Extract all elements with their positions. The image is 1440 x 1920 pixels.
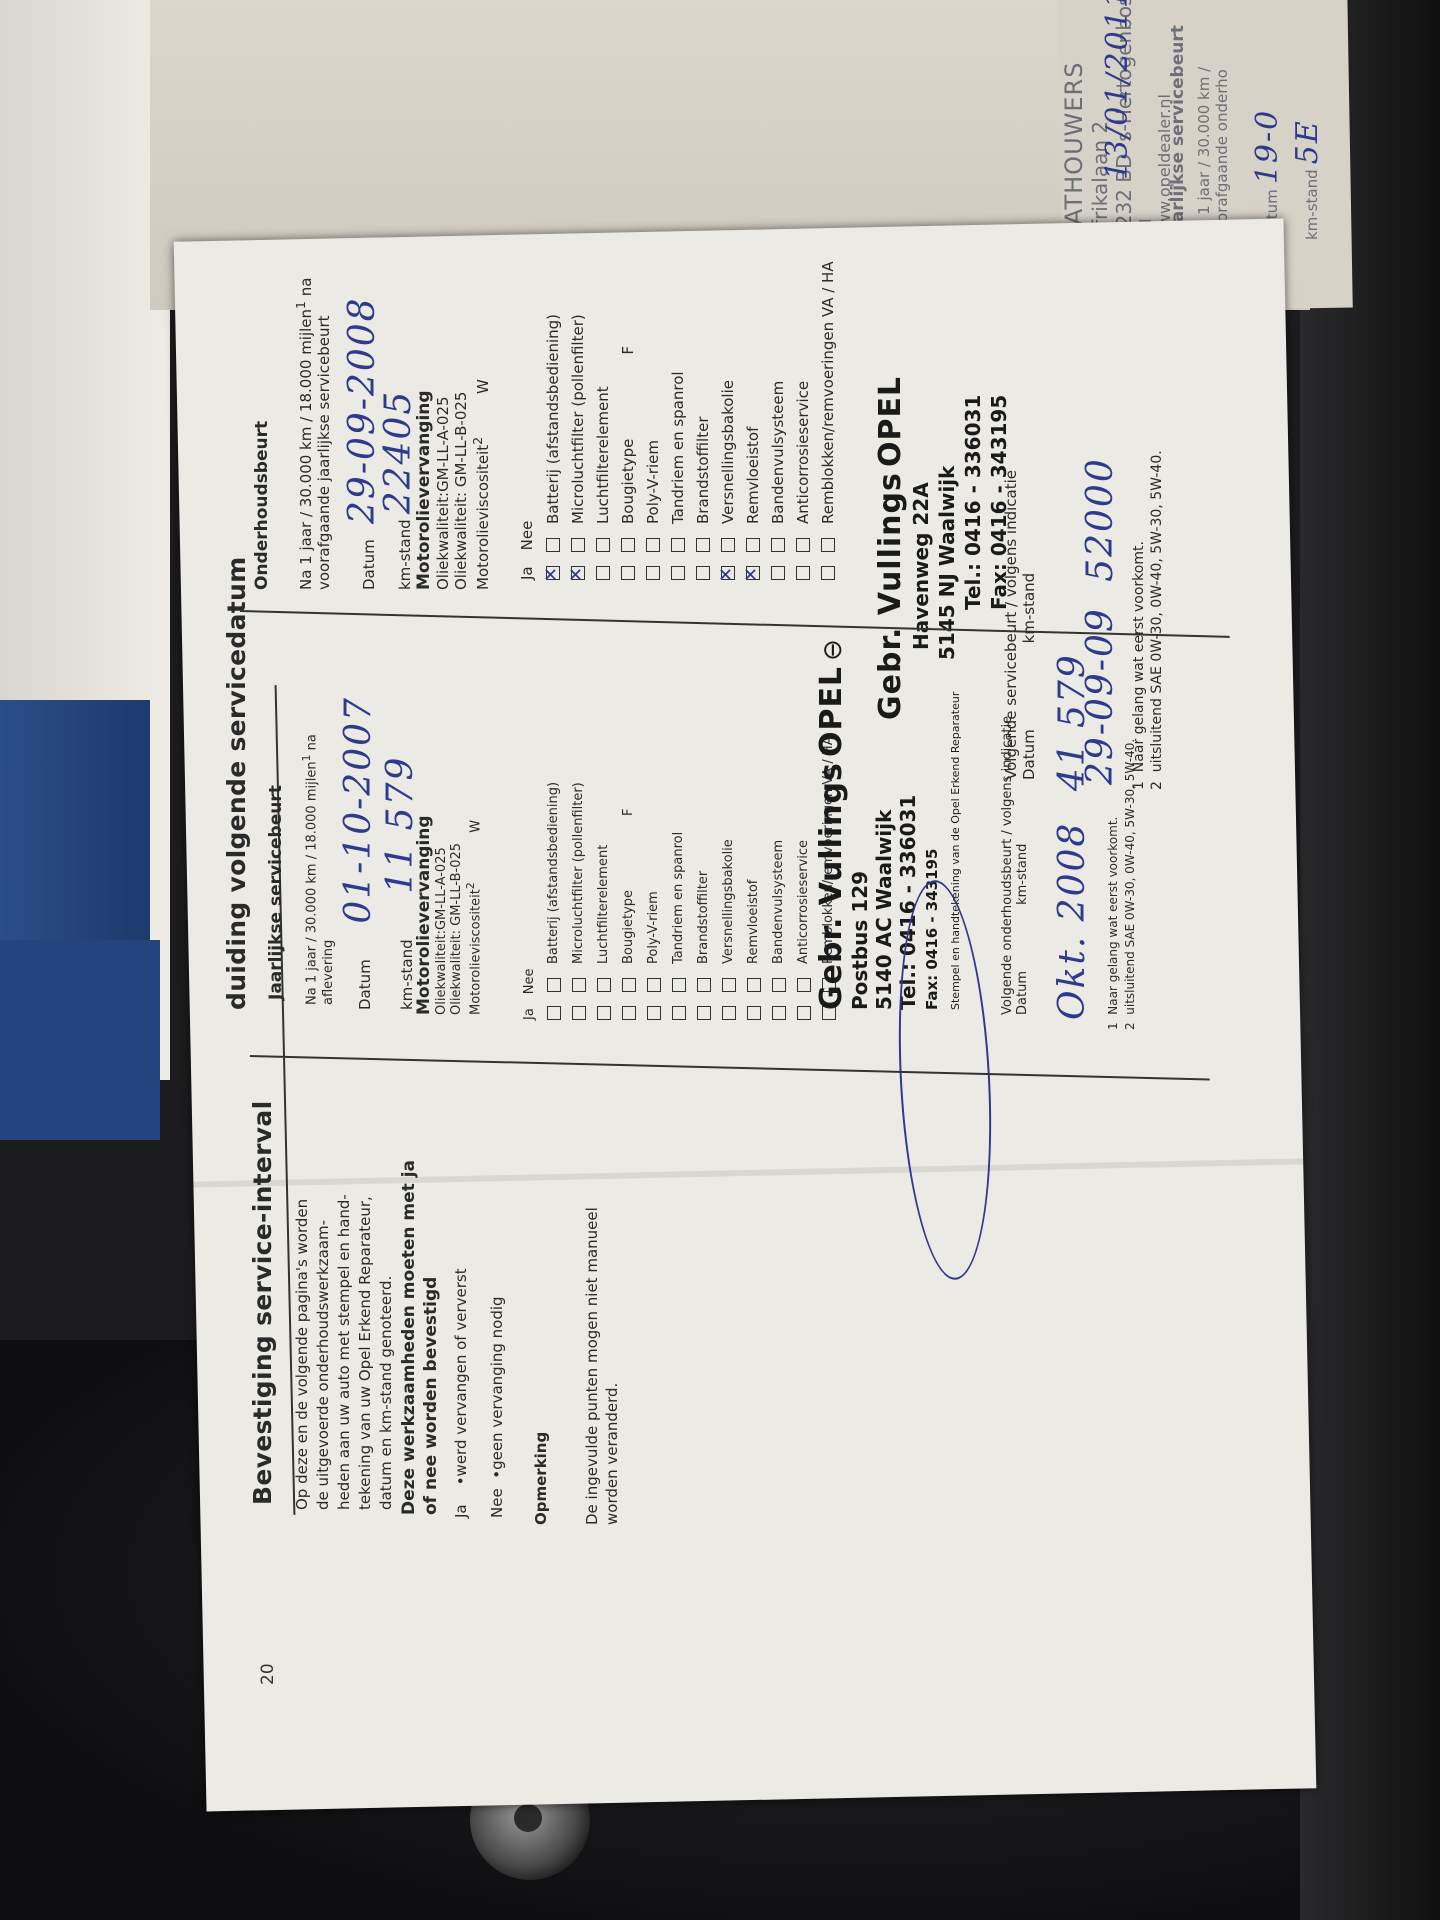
nee-checkbox[interactable] (572, 978, 586, 992)
entry2-datum: Datum 29-09-2008 (342, 296, 383, 590)
nee-checkbox[interactable] (747, 978, 761, 992)
under-page-next-date: 13/01/2011 (1100, 0, 1135, 180)
nee-checkbox[interactable] (821, 538, 835, 552)
legend-nee: Nee •geen vervanging nodig (488, 1296, 506, 1518)
checklist-row: BougietypeF (616, 736, 641, 1020)
ja-checkbox[interactable] (672, 1006, 686, 1020)
nee-checkbox[interactable] (722, 978, 736, 992)
nee-checkbox[interactable] (771, 538, 785, 552)
entry2-interval: Na 1 jaar / 30.000 km / 18.000 mijlen1 n… (292, 278, 333, 590)
ja-checkbox[interactable] (571, 566, 585, 580)
checklist-row: Batterij (afstandsbediening) (541, 736, 566, 1020)
entry2-oil: Motorolievervanging Oliekwaliteit:GM-LL-… (414, 379, 492, 590)
nee-checkbox[interactable] (547, 978, 561, 992)
checklist-row: Bandenvulsysteem (766, 736, 791, 1020)
legend-ja: Ja •werd vervangen of ververst (452, 1268, 470, 1518)
checklist-row: Remvloeistof (740, 261, 765, 580)
checklist-row: Remvloeistof (741, 736, 766, 1020)
opel-logo: OPEL (873, 376, 908, 467)
entry2-checklist: JaNee Batterij (afstandsbediening) Micro… (518, 261, 840, 580)
checklist-row: Batterij (afstandsbediening) (540, 261, 565, 580)
nee-checkbox[interactable] (746, 538, 760, 552)
background-blue-folder-lower (0, 940, 160, 1140)
checklist-row: Remblokken/remvoeringen VA / HA (815, 261, 840, 580)
booklet-fold (193, 1158, 1303, 1187)
entry1-oil: Motorolievervanging Oliekwaliteit:GM-LL-… (414, 815, 483, 1015)
ja-checkbox[interactable] (797, 1006, 811, 1020)
checklist-row: BougietypeF (615, 261, 640, 580)
ja-checkbox[interactable] (647, 1006, 661, 1020)
ja-checkbox[interactable] (597, 1006, 611, 1020)
entry2-km: km-stand 22405 (378, 390, 419, 590)
ja-checkbox[interactable] (772, 1006, 786, 1020)
entry2-heading: Onderhoudsbeurt (252, 421, 272, 590)
remark-label: Opmerking (532, 1432, 550, 1525)
ja-checkbox[interactable] (546, 566, 560, 580)
checklist-row: Versnellingsbakolie (715, 261, 740, 580)
under-page-interval: Na 1 jaar / 30.000 km / voorafgaande ond… (1195, 67, 1231, 240)
ja-checkbox[interactable] (796, 566, 810, 580)
ja-checkbox[interactable] (721, 566, 735, 580)
nee-checkbox[interactable] (721, 538, 735, 552)
ja-checkbox[interactable] (671, 566, 685, 580)
checklist-row: Poly-V-riem (641, 736, 666, 1020)
ja-checkbox[interactable] (696, 566, 710, 580)
ja-checkbox[interactable] (596, 566, 610, 580)
nee-checkbox[interactable] (646, 538, 660, 552)
ja-checkbox[interactable] (746, 566, 760, 580)
under-page-km: km-stand 5E (1290, 119, 1325, 240)
nee-checkbox[interactable] (647, 978, 661, 992)
entry1-interval: Na 1 jaar / 30.000 km / 18.000 mijlen1 n… (298, 734, 337, 1005)
entry2-datum-value: 29-09-2008 (342, 296, 383, 524)
ja-checkbox[interactable] (771, 566, 785, 580)
ja-checkbox[interactable] (821, 566, 835, 580)
opel-logo: OPEL (814, 666, 849, 757)
ja-checkbox[interactable] (747, 1006, 761, 1020)
ja-checkbox[interactable] (646, 566, 660, 580)
nee-checkbox[interactable] (797, 978, 811, 992)
ja-checkbox[interactable] (621, 566, 635, 580)
entry2-dealer-stamp: Gebr. Vullings OPEL Havenweg 22A 5145 NJ… (878, 376, 1012, 720)
left-page-title: Bevestiging service-interval (248, 1101, 277, 1505)
checklist-row: Anticorrosieservice (790, 261, 815, 580)
page-number: 20 (258, 1663, 278, 1685)
ja-checkbox[interactable] (622, 1006, 636, 1020)
ja-checkbox[interactable] (572, 1006, 586, 1020)
confirm-heading: Deze werkzaamheden moeten met ja of nee … (398, 1160, 442, 1515)
checklist-row: Tandriem en spanrol (665, 261, 690, 580)
checklist-row: Luchtfilterelement (591, 736, 616, 1020)
checklist-row: Poly-V-riem (640, 261, 665, 580)
entry2-footnotes: 1 Naar gelang wat eerst voorkomt. 2 uits… (1130, 450, 1166, 790)
checklist-row: Brandstoffilter (691, 736, 716, 1020)
entry2-next-values: 29-09-09 52000 (1080, 457, 1121, 785)
left-page-title-continued: duiding volgende servicedatum (222, 557, 251, 1010)
ja-checkbox[interactable] (697, 1006, 711, 1020)
checklist-row: Anticorrosieservice (791, 736, 816, 1020)
entry2-next: Volgende servicebeurt / volgens indicati… (1002, 470, 1038, 780)
entry1-checklist: JaNee Batterij (afstandsbediening) Micro… (522, 736, 841, 1020)
ja-checkbox[interactable] (547, 1006, 561, 1020)
nee-checkbox[interactable] (596, 538, 610, 552)
checklist-row: Versnellingsbakolie (716, 736, 741, 1020)
nee-checkbox[interactable] (772, 978, 786, 992)
checklist-row: Luchtfilterelement (590, 261, 615, 580)
nee-checkbox[interactable] (671, 538, 685, 552)
nee-checkbox[interactable] (597, 978, 611, 992)
entry1-datum-value: 01-10-2007 (338, 696, 379, 924)
nee-checkbox[interactable] (796, 538, 810, 552)
entry1-heading: Jaarlijkse servicebeurt (266, 785, 286, 1000)
nee-checkbox[interactable] (621, 538, 635, 552)
ja-checkbox[interactable] (722, 1006, 736, 1020)
opel-blitz-icon: ⊖ (818, 639, 848, 661)
checklist-row: Brandstoffilter (690, 261, 715, 580)
nee-checkbox[interactable] (696, 538, 710, 552)
nee-checkbox[interactable] (697, 978, 711, 992)
checklist-row: Tandriem en spanrol (666, 736, 691, 1020)
remark-text: De ingevulde punten mogen niet manueel w… (582, 1207, 622, 1525)
checklist-row: Bandenvulsysteem (765, 261, 790, 580)
nee-checkbox[interactable] (622, 978, 636, 992)
nee-checkbox[interactable] (571, 538, 585, 552)
nee-checkbox[interactable] (546, 538, 560, 552)
checklist-row: Microluchtfilter (pollenfilter) (565, 261, 590, 580)
checklist-row: Microluchtfilter (pollenfilter) (566, 736, 591, 1020)
entry2-km-value: 22405 (378, 390, 419, 515)
nee-checkbox[interactable] (672, 978, 686, 992)
left-page-intro: Op deze en de volgende pagina's worden d… (292, 1194, 397, 1510)
entry1-datum: Datum 01-10-2007 (338, 696, 379, 1010)
